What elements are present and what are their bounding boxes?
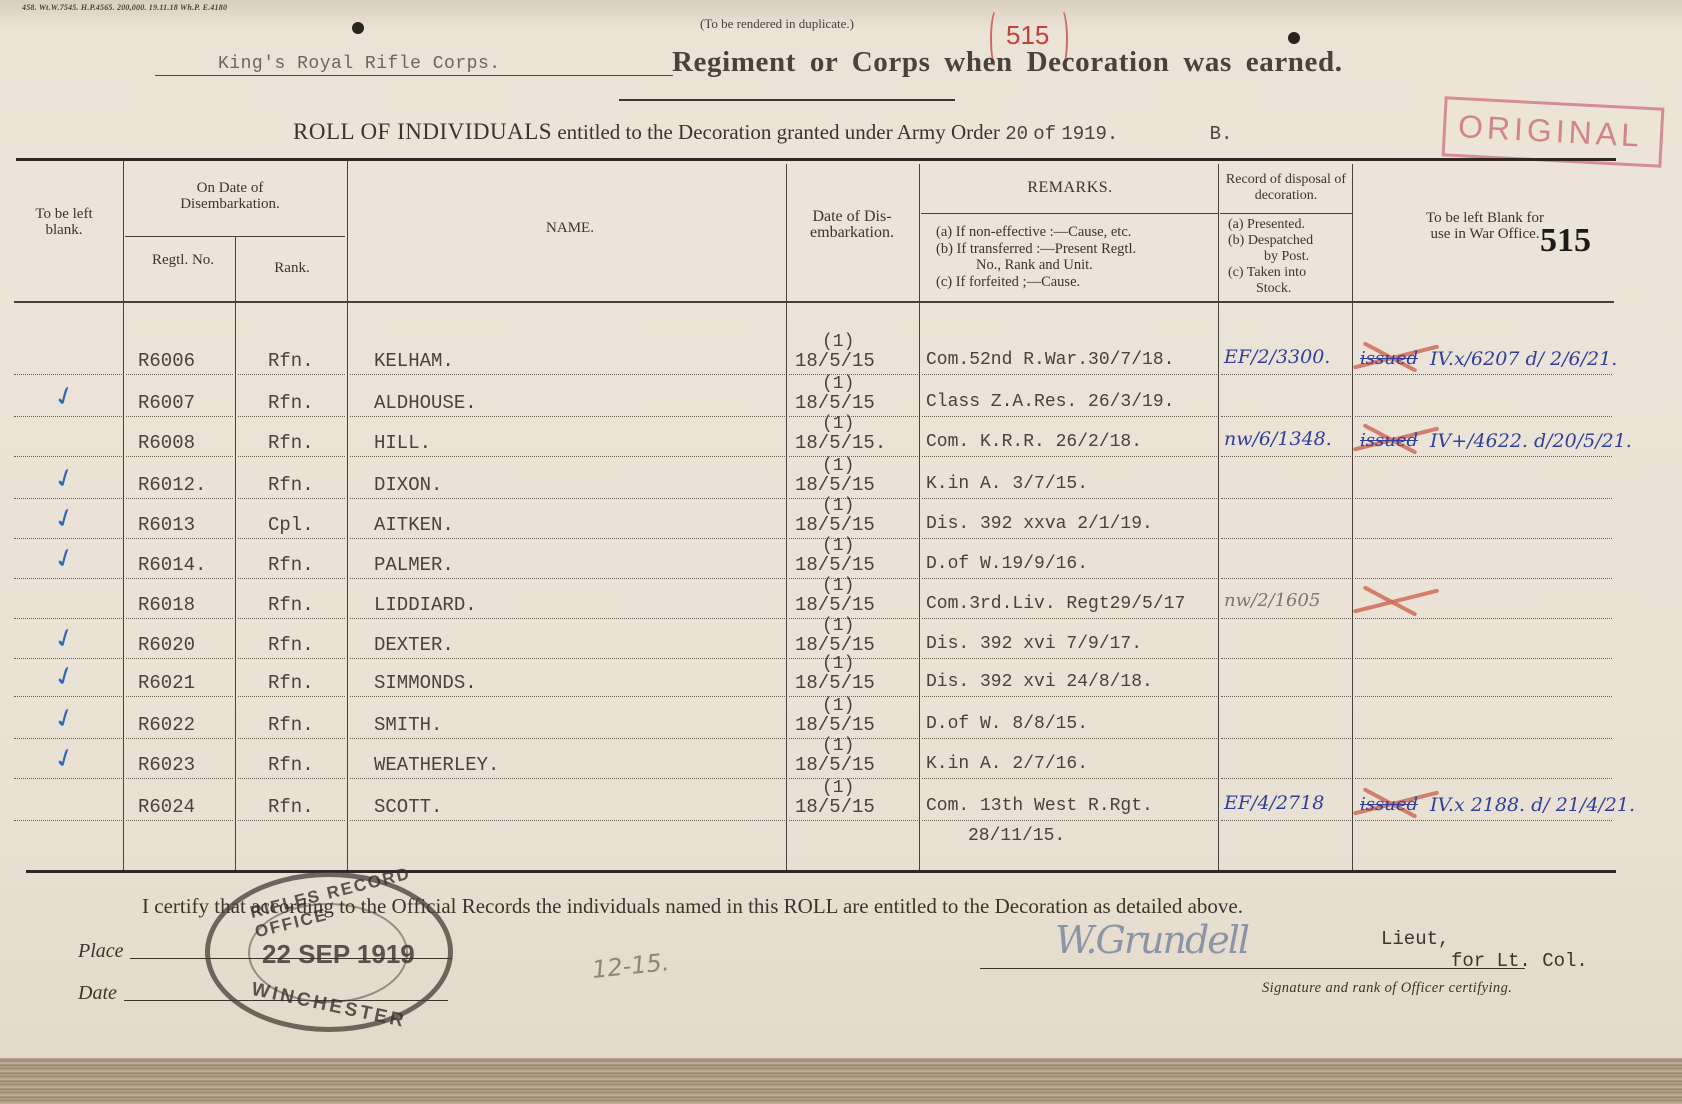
regtl-no: R6006 xyxy=(138,350,195,372)
remarks-continued: 28/11/15. xyxy=(968,826,1065,846)
disposal-reference: EF/2/3300. xyxy=(1224,346,1330,368)
dotted-rule xyxy=(1221,696,1351,697)
dotted-rule xyxy=(126,538,233,539)
remarks: Dis. 392 xxva 2/1/19. xyxy=(926,514,1153,534)
dotted-rule xyxy=(922,578,1217,579)
regtl-no: R6020 xyxy=(138,634,195,656)
postmark-date: 22 SEP 1919 xyxy=(262,939,415,970)
dotted-rule xyxy=(922,738,1217,739)
rank: Rfn. xyxy=(268,554,314,576)
remarks: Dis. 392 xvi 24/8/18. xyxy=(926,672,1153,692)
rank: Rfn. xyxy=(268,634,314,656)
dotted-rule xyxy=(1355,498,1612,499)
rank: Rfn. xyxy=(268,594,314,616)
remarks: K.in A. 2/7/16. xyxy=(926,754,1088,774)
remarks: Com.3rd.Liv. Regt29/5/17 xyxy=(926,594,1185,614)
col-divider xyxy=(347,160,348,870)
blue-tick-icon: ✓ xyxy=(50,621,81,657)
dotted-rule xyxy=(1355,374,1612,375)
disembarkation-date: 18/5/15 xyxy=(795,474,875,496)
disposal-instructions: (a) Presented. (b) Despatched by Post. (… xyxy=(1228,217,1352,297)
col-divider xyxy=(786,164,787,870)
surname: ALDHOUSE. xyxy=(374,392,477,414)
surname: DIXON. xyxy=(374,474,442,496)
disembarkation-date: 18/5/15 xyxy=(795,634,875,656)
war-office-note: IV.x/6207 d/ 2/6/21. xyxy=(1430,348,1617,370)
dotted-rule xyxy=(126,416,233,417)
dotted-rule xyxy=(126,618,233,619)
disembarkation-date: 18/5/15 xyxy=(795,514,875,536)
dotted-rule xyxy=(238,820,345,821)
surname: DEXTER. xyxy=(374,634,454,656)
officer-rank-line2: for Lt. Col. xyxy=(1451,950,1588,972)
dotted-rule xyxy=(14,456,122,457)
rank: Rfn. xyxy=(268,432,314,454)
dotted-rule xyxy=(922,416,1217,417)
dotted-rule xyxy=(350,658,785,659)
disposal-reference: nw/6/1348. xyxy=(1224,428,1332,450)
rank: Rfn. xyxy=(268,350,314,372)
regtl-no: R6008 xyxy=(138,432,195,454)
rank: Rfn. xyxy=(268,754,314,776)
dotted-rule xyxy=(350,696,785,697)
header-bottom-rule xyxy=(14,301,1614,303)
disembarkation-date: 18/5/15 xyxy=(795,392,875,414)
surname: SCOTT. xyxy=(374,796,442,818)
dotted-rule xyxy=(1355,538,1612,539)
dotted-rule xyxy=(126,374,233,375)
officer-rank-line1: Lieut, xyxy=(1381,928,1449,950)
dotted-rule xyxy=(350,456,785,457)
postmark-stamp: RIFLES RECORD OFFICE 22 SEP 1919 WINCHES… xyxy=(205,872,453,1032)
dotted-rule xyxy=(922,538,1217,539)
dotted-rule xyxy=(14,374,122,375)
dotted-rule xyxy=(1355,416,1612,417)
dotted-rule xyxy=(238,498,345,499)
regiment-value: King's Royal Rifle Corps. xyxy=(218,54,501,74)
disposal-reference: nw/2/1605 xyxy=(1224,590,1320,611)
war-office-number: 515 xyxy=(1540,222,1591,260)
dotted-rule xyxy=(126,820,233,821)
header-rank: Rank. xyxy=(252,260,332,276)
col-divider xyxy=(123,160,124,870)
theatre-code: (1) xyxy=(822,374,854,394)
surname: AITKEN. xyxy=(374,514,454,536)
dotted-rule xyxy=(126,778,233,779)
header-remarks: REMARKS. xyxy=(960,180,1180,196)
theatre-code: (1) xyxy=(822,332,854,352)
regtl-no: R6023 xyxy=(138,754,195,776)
surname: PALMER. xyxy=(374,554,454,576)
theatre-code: (1) xyxy=(822,736,854,756)
regiment-heading: Regiment or Corps when Decoration was ea… xyxy=(672,46,1343,79)
dotted-rule xyxy=(238,456,345,457)
punch-hole xyxy=(1288,32,1300,44)
blue-tick-icon: ✓ xyxy=(50,461,81,497)
disembarkation-date: 18/5/15 xyxy=(795,672,875,694)
struck-issued: issued xyxy=(1360,794,1418,815)
dotted-rule xyxy=(1221,578,1351,579)
dotted-rule xyxy=(14,618,122,619)
dotted-rule xyxy=(1221,456,1351,457)
surname: SMITH. xyxy=(374,714,442,736)
dotted-rule xyxy=(1355,618,1612,619)
remarks: D.of W.19/9/16. xyxy=(926,554,1088,574)
dotted-rule xyxy=(1221,498,1351,499)
header-subrule xyxy=(1220,213,1352,214)
regtl-no: R6013 xyxy=(138,514,195,536)
dotted-rule xyxy=(1355,578,1612,579)
dotted-rule xyxy=(350,738,785,739)
col-divider xyxy=(1218,164,1219,870)
theatre-code: (1) xyxy=(822,456,854,476)
surname: HILL. xyxy=(374,432,431,454)
blue-tick-icon: ✓ xyxy=(50,541,81,577)
dotted-rule xyxy=(922,696,1217,697)
dotted-rule xyxy=(14,578,122,579)
theatre-code: (1) xyxy=(822,414,854,434)
dotted-rule xyxy=(922,618,1217,619)
disembarkation-date: 18/5/15 xyxy=(795,350,875,372)
theatre-code: (1) xyxy=(822,616,854,636)
dotted-rule xyxy=(922,820,1217,821)
table-bottom-rule xyxy=(26,870,1616,873)
dotted-rule xyxy=(922,658,1217,659)
roll-heading: ROLL OF INDIVIDUALS entitled to the Deco… xyxy=(293,119,1232,145)
officer-signature: W.Grundell xyxy=(1055,918,1248,962)
punch-hole xyxy=(352,22,364,34)
form-letter: B. xyxy=(1210,123,1233,145)
dotted-rule xyxy=(922,374,1217,375)
dotted-rule xyxy=(238,578,345,579)
dotted-rule xyxy=(350,374,785,375)
col-divider xyxy=(1352,164,1353,870)
dotted-rule xyxy=(1221,538,1351,539)
army-order-year: 1919. xyxy=(1061,123,1118,145)
rank: Rfn. xyxy=(268,474,314,496)
regtl-no: R6018 xyxy=(138,594,195,616)
header-war-office: To be left Blank for use in War Office. xyxy=(1420,210,1550,242)
surname: WEATHERLEY. xyxy=(374,754,499,776)
struck-issued: issued xyxy=(1360,430,1418,451)
dotted-rule xyxy=(238,538,345,539)
dotted-rule xyxy=(1221,374,1351,375)
dotted-rule xyxy=(14,820,122,821)
header-date-disembarkation: Date of Dis- embarkation. xyxy=(800,209,904,241)
dotted-rule xyxy=(1221,416,1351,417)
rank: Cpl. xyxy=(268,514,314,536)
disembarkation-date: 18/5/15 xyxy=(795,796,875,818)
dotted-rule xyxy=(350,416,785,417)
dotted-rule xyxy=(789,820,918,821)
dotted-rule xyxy=(350,498,785,499)
theatre-code: (1) xyxy=(822,576,854,596)
disembarkation-date: 18/5/15 xyxy=(795,754,875,776)
dotted-rule xyxy=(1221,658,1351,659)
dotted-rule xyxy=(126,578,233,579)
dotted-rule xyxy=(14,538,122,539)
struck-issued: issued xyxy=(1360,348,1418,369)
dotted-rule xyxy=(238,374,345,375)
dotted-rule xyxy=(1355,456,1612,457)
original-stamp: ORIGINAL xyxy=(1442,96,1665,167)
place-label: Place xyxy=(78,940,124,963)
dotted-rule xyxy=(14,416,122,417)
disembarkation-date: 18/5/15. xyxy=(795,432,886,454)
disembarkation-date: 18/5/15 xyxy=(795,714,875,736)
regtl-no: R6007 xyxy=(138,392,195,414)
dotted-rule xyxy=(126,696,233,697)
header-on-date-group: On Date of Disembarkation. xyxy=(150,180,310,212)
dotted-rule xyxy=(922,456,1217,457)
pencil-note: 12-15. xyxy=(591,948,671,984)
table-top-rule xyxy=(16,158,1616,161)
dotted-rule xyxy=(126,738,233,739)
dotted-rule xyxy=(14,778,122,779)
army-order-number: 20 xyxy=(1005,123,1028,145)
dotted-rule xyxy=(1355,778,1612,779)
theatre-code: (1) xyxy=(822,696,854,716)
dotted-rule xyxy=(1355,820,1612,821)
roll-document: 458. Wt.W.7545. H.P.4565. 200,000. 19.11… xyxy=(0,0,1682,1060)
dotted-rule xyxy=(126,456,233,457)
header-name: NAME. xyxy=(500,220,640,236)
remarks: D.of W. 8/8/15. xyxy=(926,714,1088,734)
header-disposal: Record of disposal of decoration. xyxy=(1222,172,1350,204)
surname: SIMMONDS. xyxy=(374,672,477,694)
blue-tick-icon: ✓ xyxy=(50,501,81,537)
dotted-rule xyxy=(14,738,122,739)
blue-tick-icon: ✓ xyxy=(50,659,81,695)
title-rule xyxy=(619,99,955,101)
header-regtl-no: Regtl. No. xyxy=(148,252,218,268)
dotted-rule xyxy=(350,778,785,779)
dotted-rule xyxy=(350,618,785,619)
dotted-rule xyxy=(1355,738,1612,739)
blue-tick-icon: ✓ xyxy=(50,701,81,737)
header-subrule xyxy=(125,236,345,237)
dotted-rule xyxy=(1355,696,1612,697)
dotted-rule xyxy=(238,416,345,417)
red-cross-mark-icon xyxy=(1352,584,1436,618)
dotted-rule xyxy=(126,498,233,499)
signature-caption: Signature and rank of Officer certifying… xyxy=(1262,980,1512,997)
disembarkation-date: 18/5/15 xyxy=(795,594,875,616)
dotted-rule xyxy=(238,696,345,697)
rank: Rfn. xyxy=(268,672,314,694)
disembarkation-date: 18/5/15 xyxy=(795,554,875,576)
dotted-rule xyxy=(922,498,1217,499)
dotted-rule xyxy=(126,658,233,659)
regtl-no: R6014. xyxy=(138,554,206,576)
dotted-rule xyxy=(1355,658,1612,659)
regtl-no: R6021 xyxy=(138,672,195,694)
rank: Rfn. xyxy=(268,714,314,736)
dotted-rule xyxy=(238,618,345,619)
date-label: Date xyxy=(78,982,117,1005)
dotted-rule xyxy=(350,538,785,539)
war-office-note: IV+/4622. d/20/5/21. xyxy=(1430,430,1632,452)
dotted-rule xyxy=(1221,778,1351,779)
theatre-code: (1) xyxy=(822,778,854,798)
col-divider xyxy=(919,164,920,870)
header-subrule xyxy=(921,213,1218,214)
remarks: K.in A. 3/7/15. xyxy=(926,474,1088,494)
theatre-code: (1) xyxy=(822,654,854,674)
regtl-no: R6024 xyxy=(138,796,195,818)
page-stack-edge xyxy=(0,1058,1682,1104)
dotted-rule xyxy=(14,696,122,697)
print-info: 458. Wt.W.7545. H.P.4565. 200,000. 19.11… xyxy=(22,3,227,12)
dotted-rule xyxy=(238,778,345,779)
remarks: Com. K.R.R. 26/2/18. xyxy=(926,432,1142,452)
surname: LIDDIARD. xyxy=(374,594,477,616)
remarks: Dis. 392 xvi 7/9/17. xyxy=(926,634,1142,654)
regtl-no: R6012. xyxy=(138,474,206,496)
dotted-rule xyxy=(1221,820,1351,821)
war-office-note: IV.x 2188. d/ 21/4/21. xyxy=(1430,794,1635,816)
remarks: Class Z.A.Res. 26/3/19. xyxy=(926,392,1174,412)
remarks: Com. 13th West R.Rgt. xyxy=(926,796,1153,816)
blue-tick-icon: ✓ xyxy=(50,379,81,415)
header-left-blank: To be left blank. xyxy=(34,206,94,238)
surname: KELHAM. xyxy=(374,350,454,372)
duplicate-note: (To be rendered in duplicate.) xyxy=(700,16,854,32)
remarks-instructions: (a) If non-effective :—Cause, etc. (b) I… xyxy=(936,224,1216,290)
dotted-rule xyxy=(238,658,345,659)
signature-line xyxy=(980,968,1525,969)
theatre-code: (1) xyxy=(822,496,854,516)
regtl-no: R6022 xyxy=(138,714,195,736)
col-divider xyxy=(235,237,236,870)
dotted-rule xyxy=(14,498,122,499)
dotted-rule xyxy=(922,778,1217,779)
dotted-rule xyxy=(1221,618,1351,619)
dotted-rule xyxy=(238,738,345,739)
remarks: Com.52nd R.War.30/7/18. xyxy=(926,350,1174,370)
rank: Rfn. xyxy=(268,392,314,414)
dotted-rule xyxy=(1221,738,1351,739)
rank: Rfn. xyxy=(268,796,314,818)
blue-tick-icon: ✓ xyxy=(50,741,81,777)
theatre-code: (1) xyxy=(822,536,854,556)
disposal-reference: EF/4/2718 xyxy=(1224,792,1324,814)
dotted-rule xyxy=(350,820,785,821)
dotted-rule xyxy=(350,578,785,579)
